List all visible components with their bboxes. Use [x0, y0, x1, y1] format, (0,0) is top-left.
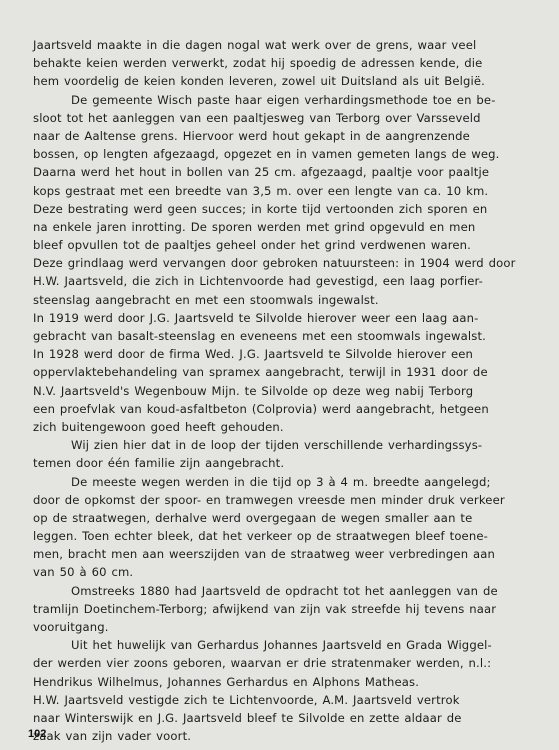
text-line: naar de Aaltense grens. Hiervoor werd ho… [33, 127, 533, 145]
text-line: oppervlaktebehandeling van spramex aange… [33, 363, 533, 381]
text-line: op de straatwegen, derhalve werd overgeg… [33, 509, 533, 527]
text-line: In 1928 werd door de firma Wed. J.G. Jaa… [33, 345, 533, 363]
text-line: door de opkomst der spoor- en tramwegen … [33, 491, 533, 509]
text-line: H.W. Jaartsveld vestigde zich te Lichten… [33, 691, 533, 709]
text-line: Deze bestrating werd geen succes; in kor… [33, 200, 533, 218]
text-line: Daarna werd het hout in bollen van 25 cm… [33, 163, 533, 181]
text-line: vooruitgang. [33, 618, 533, 636]
document-body: Jaartsveld maakte in die dagen nogal wat… [33, 36, 533, 745]
text-line: een proefvlak van koud-asfaltbeton (Colp… [33, 400, 533, 418]
text-line: Wij zien hier dat in de loop der tijden … [33, 436, 533, 454]
page-number: 102 [28, 728, 46, 740]
text-line: Jaartsveld maakte in die dagen nogal wat… [33, 36, 533, 54]
text-line: H.W. Jaartsveld, die zich in Lichtenvoor… [33, 272, 533, 290]
text-line: bleef opvullen tot de paaltjes geheel on… [33, 236, 533, 254]
text-line: N.V. Jaartsveld's Wegenbouw Mijn. te Sil… [33, 382, 533, 400]
text-line: Hendrikus Wilhelmus, Johannes Gerhardus … [33, 673, 533, 691]
text-line: steenslag aangebracht en met een stoomwa… [33, 291, 533, 309]
text-line: gebracht van basalt-steenslag en eveneen… [33, 327, 533, 345]
text-line: leggen. Toen echter bleek, dat het verke… [33, 527, 533, 545]
text-line: De gemeente Wisch paste haar eigen verha… [33, 91, 533, 109]
text-line: sloot tot het aanleggen van een paaltjes… [33, 109, 533, 127]
text-line: zaak van zijn vader voort. [33, 727, 533, 745]
text-line: bossen, op lengten afgezaagd, opgezet en… [33, 145, 533, 163]
text-line: temen door één familie zijn aangebracht. [33, 454, 533, 472]
text-line: na enkele jaren inrotting. De sporen wer… [33, 218, 533, 236]
text-line: der werden vier zoons geboren, waarvan e… [33, 654, 533, 672]
text-line: van 50 à 60 cm. [33, 563, 533, 581]
text-line: Uit het huwelijk van Gerhardus Johannes … [33, 636, 533, 654]
text-line: tramlijn Doetinchem-Terborg; afwijkend v… [33, 600, 533, 618]
text-line: In 1919 werd door J.G. Jaartsveld te Sil… [33, 309, 533, 327]
text-line: kops gestraat met een breedte van 3,5 m.… [33, 182, 533, 200]
text-line: De meeste wegen werden in die tijd op 3 … [33, 473, 533, 491]
text-line: Omstreeks 1880 had Jaartsveld de opdrach… [33, 582, 533, 600]
text-line: behakte keien werden verwerkt, zodat hij… [33, 54, 533, 72]
text-line: men, bracht men aan weerszijden van de s… [33, 545, 533, 563]
text-line: Deze grindlaag werd vervangen door gebro… [33, 254, 533, 272]
text-line: hem voordelig de keien konden leveren, z… [33, 72, 533, 90]
text-line: zich buitengewoon goed heeft gehouden. [33, 418, 533, 436]
text-line: naar Winterswijk en J.G. Jaartsveld blee… [33, 709, 533, 727]
